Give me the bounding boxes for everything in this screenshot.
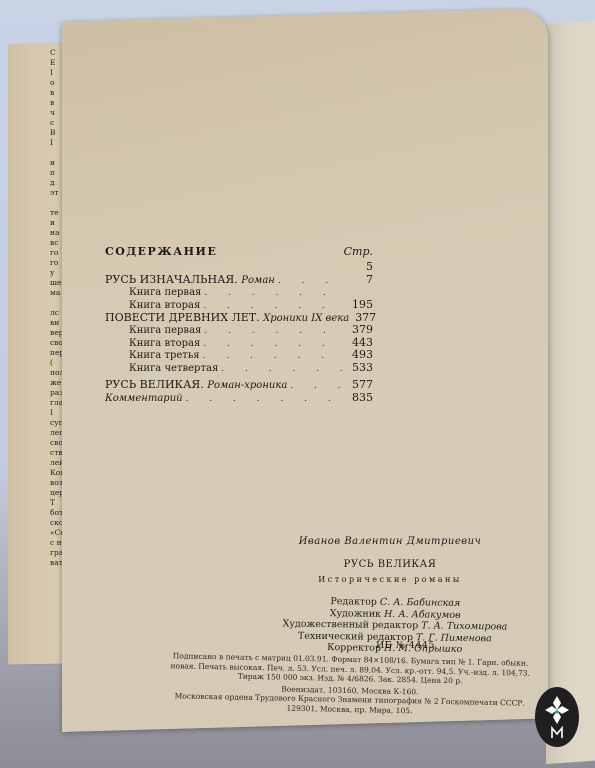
toc-entry: ПОВЕСТИ ДРЕВНИХ ЛЕТ. Хроники IX века . .… (105, 311, 373, 324)
toc-first-page: 5 (105, 260, 373, 273)
imprint-block: Подписано в печать с матриц 01.03.91. Фо… (169, 651, 530, 718)
book-subtitle: Исторические романы (240, 575, 540, 584)
page-content: СОДЕРЖАНИЕ Стр. 5 РУСЬ ИЗНАЧАЛЬНАЯ. Рома… (0, 0, 595, 768)
toc-entry: Книга четвертая . . . . . . . . . . . . … (105, 362, 373, 375)
table-of-contents: СОДЕРЖАНИЕ Стр. 5 РУСЬ ИЗНАЧАЛЬНАЯ. Рома… (105, 245, 373, 404)
toc-entry: РУСЬ ИЗНАЧАЛЬНАЯ. Роман . . . . . . . . … (105, 273, 373, 286)
ib-number: ИБ № 4445 (376, 640, 435, 651)
page-column-label: Стр. (344, 245, 373, 258)
toc-entry: Книга первая . . . . . . . . . . . . 379 (105, 324, 373, 337)
toc-entry: Книга третья . . . . . . . . . . . . 493 (105, 349, 373, 362)
toc-entry: Книга первая . . . . . . . . . . . . 195 (105, 286, 373, 299)
toc-entry: РУСЬ ВЕЛИКАЯ. Роман-хроника . . . . . . … (105, 378, 373, 391)
toc-entry: Книга вторая . . . . . . . . . . . . 195 (105, 299, 373, 312)
toc-entry: Комментарий . . . . . . . . . . . . 835 (105, 391, 373, 404)
watermark-badge (535, 687, 579, 747)
author-name: Иванов Валентин Дмитриевич (240, 536, 540, 547)
toc-entry: Книга вторая . . . . . . . . . . . . 443 (105, 337, 373, 350)
toc-title: СОДЕРЖАНИЕ (105, 245, 217, 258)
ornament-logo-icon (542, 694, 572, 740)
book-title: РУСЬ ВЕЛИКАЯ (240, 559, 540, 570)
toc-header: СОДЕРЖАНИЕ Стр. (105, 245, 373, 258)
